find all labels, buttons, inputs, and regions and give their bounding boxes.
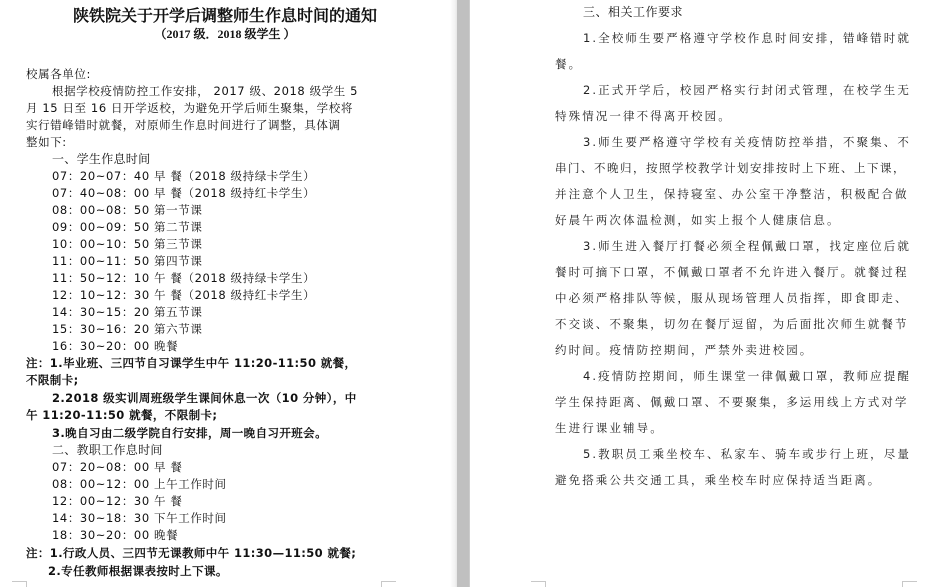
document-page-left: 陕铁院关于开学后调整师生作息时间的通知 （2017 级．2018 级学生 ） 校… [0, 0, 450, 587]
student-note: 午 11:20-11:50 就餐，不限制卡; [26, 407, 217, 423]
schedule-row: 07：20~07：40 早 餐（2018 级持绿卡学生） [52, 168, 315, 184]
margin-corner-mark [531, 581, 546, 587]
section-heading-students: 一、学生作息时间 [52, 151, 150, 167]
schedule-row: 14：30~18：30 下午工作时间 [52, 510, 227, 526]
schedule-row: 08：00~12：00 上午工作时间 [52, 476, 227, 492]
requirement-line: 约时间。疫情防控期间，严禁外卖进校园。 [555, 342, 813, 358]
schedule-row: 11：50~12：10 午 餐（2018 级持绿卡学生） [52, 270, 315, 286]
margin-corner-mark [902, 581, 917, 587]
schedule-row: 12：10~12：30 午 餐（2018 级持红卡学生） [52, 287, 315, 303]
student-note: 2.2018 级实训周班级学生课间休息一次（10 分钟），中 [52, 390, 357, 406]
requirement-line: 3.师生进入餐厅打餐必须全程佩戴口罩，找定座位后就 [583, 238, 911, 254]
schedule-row: 10：00~10：50 第三节课 [52, 236, 202, 252]
requirement-line: 4.疫情防控期间，师生课堂一律佩戴口罩，教师应提醒 [583, 368, 911, 384]
staff-note: 注：1.行政人员、三四节无课教师中午 11:30—11:50 就餐; [26, 545, 356, 561]
margin-corner-mark [381, 581, 396, 587]
salutation: 校属各单位: [26, 66, 91, 82]
intro-line: 根据学校疫情防控工作安排， 2017 级、2018 级学生 5 [52, 83, 358, 99]
requirement-line: 好晨午两次体温检测，如实上报个人健康信息。 [555, 212, 841, 228]
requirement-line: 5.教职员工乘坐校车、私家车、骑车或步行上班，尽量 [583, 446, 911, 462]
section-heading-requirements: 三、相关工作要求 [583, 4, 683, 20]
schedule-row: 09：00~09：50 第二节课 [52, 219, 202, 235]
requirement-line: 生进行课业辅导。 [555, 420, 664, 436]
schedule-row: 07：40~08：00 早 餐（2018 级持红卡学生） [52, 185, 315, 201]
document-page-right: 三、相关工作要求 1.全校师生要严格遵守学校作息时间安排，错峰错时就 餐。 2.… [470, 0, 934, 587]
schedule-row: 15：30~16：20 第六节课 [52, 321, 202, 337]
page-gutter [450, 0, 470, 587]
schedule-row: 14：30~15：20 第五节课 [52, 304, 202, 320]
margin-corner-mark [12, 581, 27, 587]
requirement-line: 中必须严格排队等候，服从现场管理人员指挥，即食即走、 [555, 290, 909, 306]
requirement-line: 2.正式开学后，校园严格实行封闭式管理，在校学生无 [583, 82, 911, 98]
intro-line: 整如下: [26, 134, 67, 150]
schedule-row: 16：30~20：00 晚餐 [52, 338, 178, 354]
requirement-line: 餐时可摘下口罩，不佩戴口罩者不允许进入餐厅。就餐过程 [555, 264, 909, 280]
schedule-row: 12：00~12：30 午 餐 [52, 493, 182, 509]
document-subtitle: （2017 级．2018 级学生 ） [0, 25, 450, 42]
intro-line: 实行错峰错时就餐，对原师生作息时间进行了调整，具体调 [26, 117, 341, 133]
staff-note: 2.专任教师根据课表按时上下课。 [48, 563, 228, 579]
requirement-line: 餐。 [555, 56, 582, 72]
requirement-line: 特殊情况一律不得离开校园。 [555, 108, 732, 124]
student-note: 3.晚自习由二级学院自行安排，周一晚自习开班会。 [52, 425, 327, 441]
schedule-row: 08：00~08：50 第一节课 [52, 202, 202, 218]
requirement-line: 3.师生要严格遵守学校有关疫情防控举措，不聚集、不 [583, 134, 911, 150]
requirement-line: 不交谈、不聚集，切勿在餐厅逗留，为后面批次师生就餐节 [555, 316, 909, 332]
intro-line: 月 15 日至 16 日开学返校，为避免开学后师生聚集，学校将 [26, 100, 353, 116]
schedule-row: 07：20~08：00 早 餐 [52, 459, 182, 475]
section-heading-staff: 二、教职工作息时间 [52, 442, 163, 458]
student-note: 注：1.毕业班、三四节自习课学生中午 11:20-11:50 就餐， [26, 355, 356, 371]
requirement-line: 并注意个人卫生，保持寝室、办公室干净整洁，积极配合做 [555, 186, 909, 202]
requirement-line: 避免搭乘公共交通工具，乘坐校车时应保持适当距离。 [555, 472, 881, 488]
document-title: 陕铁院关于开学后调整师生作息时间的通知 [0, 3, 450, 26]
requirement-line: 学生保持距离、佩戴口罩、不要聚集，多运用线上方式对学 [555, 394, 909, 410]
schedule-row: 18：30~20：00 晚餐 [52, 527, 178, 543]
schedule-row: 11：00~11：50 第四节课 [52, 253, 202, 269]
student-note: 不限制卡; [26, 372, 79, 388]
requirement-line: 串门、不晚归，按照学校教学计划安排按时上下班、上下课， [555, 160, 906, 176]
requirement-line: 1.全校师生要严格遵守学校作息时间安排，错峰错时就 [583, 30, 911, 46]
